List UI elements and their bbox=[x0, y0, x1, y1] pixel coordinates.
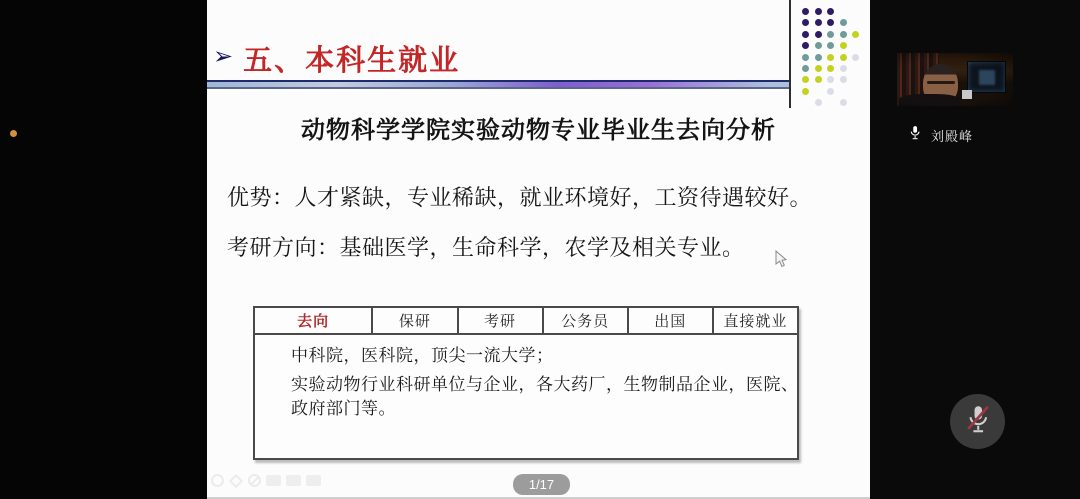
blurred-tool-icon[interactable] bbox=[286, 475, 301, 486]
decor-dot bbox=[802, 19, 809, 26]
slide-title: 五、本科生就业 bbox=[243, 38, 460, 79]
decor-dot bbox=[840, 65, 847, 72]
decor-dot bbox=[802, 76, 809, 83]
decor-dot bbox=[815, 76, 822, 83]
decor-dot bbox=[852, 99, 859, 106]
blurred-tool-icon[interactable] bbox=[306, 475, 321, 486]
decor-dot bbox=[827, 19, 834, 26]
decor-dot bbox=[840, 76, 847, 83]
decor-dots-grid bbox=[802, 8, 865, 111]
decor-dot bbox=[802, 88, 809, 95]
decor-dot bbox=[815, 65, 822, 72]
decor-dot bbox=[827, 42, 834, 49]
decor-dot bbox=[852, 42, 859, 49]
decor-dot bbox=[852, 19, 859, 26]
video-vignette bbox=[897, 53, 1013, 106]
decor-dot bbox=[802, 65, 809, 72]
decor-dot bbox=[840, 54, 847, 61]
decor-dot bbox=[840, 19, 847, 26]
decor-dot bbox=[852, 31, 859, 38]
decor-dot bbox=[802, 42, 809, 49]
decor-dot bbox=[815, 31, 822, 38]
slide-paragraph: 考研方向：基础医学，生命科学，农学及相关专业。 bbox=[227, 234, 812, 262]
table-header-cell: 考研 bbox=[459, 308, 544, 333]
page-indicator: 1/17 bbox=[513, 474, 570, 495]
decor-dot bbox=[815, 19, 822, 26]
participant-name: 刘殿峰 bbox=[931, 126, 973, 145]
decor-dot bbox=[827, 65, 834, 72]
left-letterbox-panel bbox=[0, 0, 207, 499]
meeting-window: ➢ 五、本科生就业 动物科学学院实验动物专业毕业生去向分析 优势：人才紧缺，专业… bbox=[0, 0, 1080, 499]
table-header-cell: 去向 bbox=[255, 308, 373, 333]
decor-dot bbox=[802, 8, 809, 15]
microphone-icon bbox=[908, 124, 922, 146]
decor-dot bbox=[840, 88, 847, 95]
participant-row: 刘殿峰 bbox=[908, 124, 973, 146]
decor-dot bbox=[852, 65, 859, 72]
decor-dot bbox=[840, 99, 847, 106]
arrow-bullet-icon: ➢ bbox=[213, 42, 233, 70]
table-header-cell: 直接就业 bbox=[714, 308, 797, 333]
decor-dot bbox=[815, 42, 822, 49]
decor-dot bbox=[827, 8, 834, 15]
decor-dot bbox=[852, 54, 859, 61]
annotation-toolbar bbox=[211, 474, 321, 487]
decor-dot bbox=[852, 76, 859, 83]
table-body-line: 政府部门等。 bbox=[291, 397, 787, 421]
table-body-line: 实验动物行业科研单位与企业，各大药厂，生物制品企业，医院、 bbox=[291, 373, 787, 397]
decor-dot bbox=[827, 88, 834, 95]
mute-button[interactable] bbox=[950, 394, 1005, 449]
decor-dot bbox=[852, 88, 859, 95]
decor-dot bbox=[827, 31, 834, 38]
table-header-row: 去向保研考研公务员出国直接就业 bbox=[255, 308, 797, 335]
decor-dot bbox=[827, 99, 834, 106]
decor-vertical-line bbox=[789, 0, 791, 108]
circle-tool-icon[interactable] bbox=[211, 474, 224, 487]
slide-paragraphs: 优势：人才紧缺，专业稀缺，就业环境好，工资待遇较好。考研方向：基础医学，生命科学… bbox=[227, 184, 812, 284]
slide-title-row: ➢ 五、本科生就业 bbox=[213, 38, 460, 79]
decor-dot bbox=[815, 88, 822, 95]
mouse-cursor bbox=[775, 250, 788, 273]
slide-paragraph: 优势：人才紧缺，专业稀缺，就业环境好，工资待遇较好。 bbox=[227, 184, 812, 212]
shared-slide: ➢ 五、本科生就业 动物科学学院实验动物专业毕业生去向分析 优势：人才紧缺，专业… bbox=[207, 0, 870, 499]
decor-dot bbox=[852, 8, 859, 15]
diamond-tool-icon[interactable] bbox=[229, 473, 243, 487]
meeting-sidebar: 刘殿峰 bbox=[870, 0, 1080, 499]
participant-video-tile[interactable] bbox=[897, 53, 1013, 106]
decor-dot bbox=[802, 31, 809, 38]
table-body-line: 中科院，医科院，顶尖一流大学； bbox=[291, 344, 787, 368]
decor-dot bbox=[840, 8, 847, 15]
no-entry-tool-icon[interactable] bbox=[248, 474, 261, 487]
microphone-muted-icon bbox=[964, 404, 992, 439]
table-body-cell: 中科院，医科院，顶尖一流大学；实验动物行业科研单位与企业，各大药厂，生物制品企业… bbox=[255, 335, 797, 421]
decor-dot bbox=[815, 99, 822, 106]
table-header-cell: 保研 bbox=[373, 308, 458, 333]
slide-subtitle: 动物科学学院实验动物专业毕业生去向分析 bbox=[207, 110, 870, 145]
decor-dot bbox=[827, 76, 834, 83]
laser-pointer-dot-icon bbox=[10, 130, 17, 137]
destinations-table: 去向保研考研公务员出国直接就业 中科院，医科院，顶尖一流大学；实验动物行业科研单… bbox=[253, 306, 799, 460]
blurred-tool-icon[interactable] bbox=[266, 475, 281, 486]
decor-dot bbox=[802, 54, 809, 61]
decor-dot bbox=[802, 99, 809, 106]
table-header-cell: 公务员 bbox=[544, 308, 629, 333]
decor-dot bbox=[815, 8, 822, 15]
title-underline-bar bbox=[207, 80, 791, 89]
decor-dot bbox=[815, 54, 822, 61]
decor-dot bbox=[840, 31, 847, 38]
table-header-cell: 出国 bbox=[629, 308, 714, 333]
decor-dot bbox=[827, 54, 834, 61]
decor-dot bbox=[840, 42, 847, 49]
